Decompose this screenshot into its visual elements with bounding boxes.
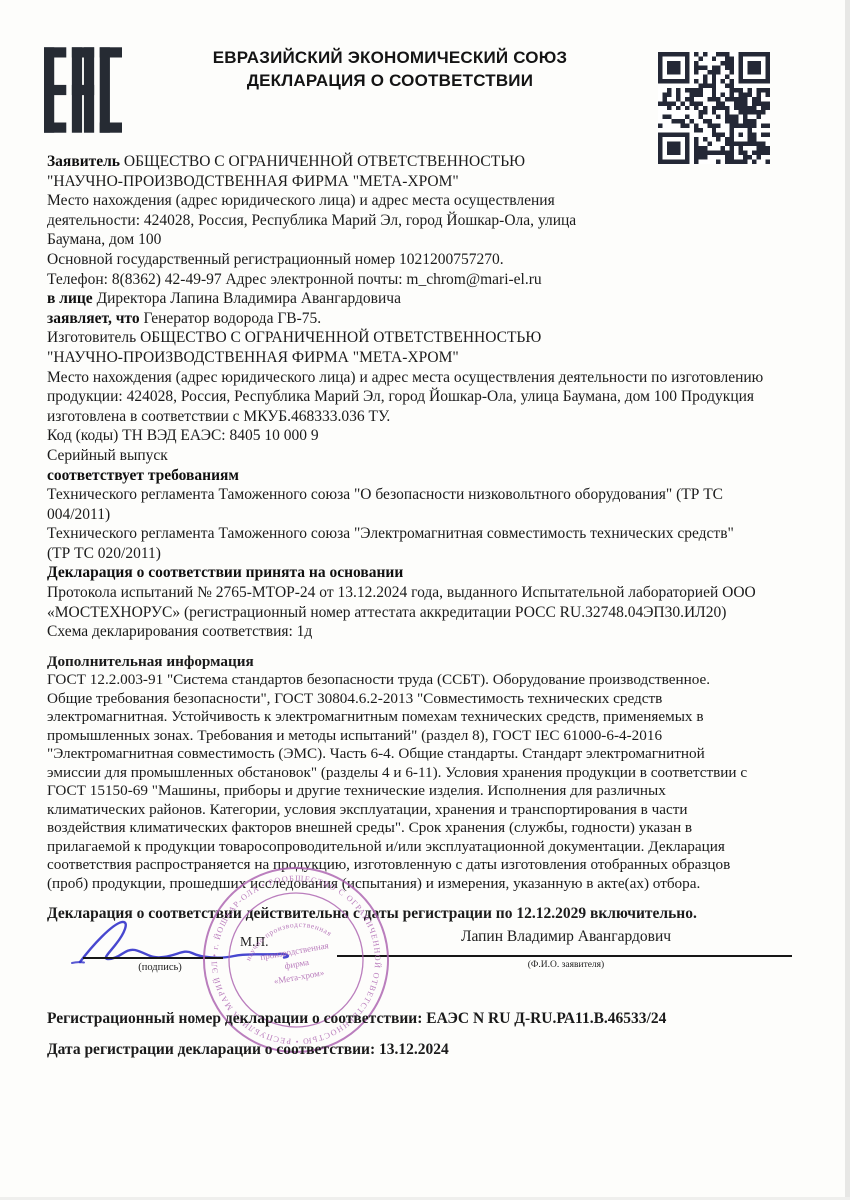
registration-date-line: Дата регистрации декларации о соответств… (47, 1041, 449, 1059)
document-text-line: электромагнитная. Устойчивость к электро… (47, 708, 832, 727)
document-text-line: Протокола испытаний № 2765-МТОР-24 от 13… (47, 583, 822, 603)
document-text-line: продукции: 424028, Россия, Республика Ма… (47, 387, 822, 407)
document-text-line: "Электромагнитная совместимость (ЭМС). Ч… (47, 745, 832, 764)
document-text-line: Код (коды) ТН ВЭД ЕАЭС: 8405 10 000 9 (47, 426, 822, 446)
document-text-line: промышленных зонах. Требования и методы … (47, 727, 832, 746)
additional-info-block: Дополнительная информация ГОСТ 12.2.003-… (47, 652, 832, 893)
document-text-line: Основной государственный регистрационный… (47, 250, 822, 270)
qr-code (658, 52, 770, 164)
registration-number-line: Регистрационный номер декларации о соотв… (47, 1010, 666, 1028)
document-text-line: Технического регламента Таможенного союз… (47, 524, 822, 544)
additional-info-lines: ГОСТ 12.2.003-91 "Система стандартов без… (47, 671, 832, 893)
document-text-line: эмиссии для промышленных обстановок" (ра… (47, 764, 832, 783)
document-text-line: (ТР ТС 020/2011) (47, 544, 822, 564)
fio-caption: (Ф.И.О. заявителя) (380, 960, 752, 970)
document-text-line: прилагаемой к продукции товаросопроводит… (47, 838, 832, 857)
document-text-line: воздействия климатических факторов внешн… (47, 819, 832, 838)
title-union: ЕВРАЗИЙСКИЙ ЭКОНОМИЧЕСКИЙ СОЮЗ (160, 46, 620, 69)
document-text-line: "НАУЧНО-ПРОИЗВОДСТВЕННАЯ ФИРМА "МЕТА-ХРО… (47, 348, 822, 368)
signature-rule (83, 957, 223, 959)
document-text-line: деятельности: 424028, Россия, Республика… (47, 211, 822, 231)
scan-edge (845, 0, 850, 1200)
page-title: ЕВРАЗИЙСКИЙ ЭКОНОМИЧЕСКИЙ СОЮЗ ДЕКЛАРАЦИ… (160, 46, 620, 92)
document-text-line: заявляет, что Генератор водорода ГВ-75. (47, 309, 822, 329)
document-text-line: Схема декларирования соответствия: 1д (47, 622, 822, 642)
document-text-line: Телефон: 8(8362) 42-49-97 Адрес электрон… (47, 270, 822, 290)
document-text-line: ГОСТ 12.2.003-91 "Система стандартов без… (47, 671, 832, 690)
document-text-line: Технического регламента Таможенного союз… (47, 485, 822, 505)
document-text-line: климатических районов. Категории, услови… (47, 801, 832, 820)
applicant-name: Лапин Владимир Авангардович (380, 928, 752, 946)
document-text-line: Заявитель ОБЩЕСТВО С ОГРАНИЧЕННОЙ ОТВЕТС… (47, 152, 822, 172)
document-text-line: Общие требования безопасности", ГОСТ 308… (47, 690, 832, 709)
additional-info-heading: Дополнительная информация (47, 652, 832, 671)
document-text-line: соответствует требованиям (47, 466, 822, 486)
main-text-block: Заявитель ОБЩЕСТВО С ОГРАНИЧЕННОЙ ОТВЕТС… (47, 152, 822, 642)
document-text-line: "НАУЧНО-ПРОИЗВОДСТВЕННАЯ ФИРМА "МЕТА-ХРО… (47, 172, 822, 192)
declaration-document-page: ЕВРАЗИЙСКИЙ ЭКОНОМИЧЕСКИЙ СОЮЗ ДЕКЛАРАЦИ… (0, 0, 850, 1200)
document-text-line: Место нахождения (адрес юридического лиц… (47, 368, 822, 388)
signature-caption: (подпись) (100, 962, 220, 973)
fio-rule (337, 955, 792, 957)
document-text-line: в лице Директора Лапина Владимира Аванга… (47, 289, 822, 309)
document-text-line: Изготовитель ОБЩЕСТВО С ОГРАНИЧЕННОЙ ОТВ… (47, 328, 822, 348)
document-text-line: ГОСТ 15150-69 "Машины, приборы и другие … (47, 782, 832, 801)
document-text-line: Баумана, дом 100 (47, 230, 822, 250)
document-text-line: «МОСТЕХНОРУС» (регистрационный номер атт… (47, 603, 822, 623)
mp-seal-label: М.П. (240, 934, 269, 950)
document-text-line: Серийный выпуск (47, 446, 822, 466)
document-text-line: соответствия распространяется на продукц… (47, 856, 832, 875)
document-text-line: Место нахождения (адрес юридического лиц… (47, 191, 822, 211)
title-declaration: ДЕКЛАРАЦИЯ О СООТВЕТСТВИИ (160, 69, 620, 92)
document-text-line: изготовлена в соответствии с МКУБ.468333… (47, 407, 822, 427)
eac-mark-logo (44, 44, 122, 136)
document-text-line: (проб) продукции, прошедших исследования… (47, 875, 832, 894)
document-text-line: 004/2011) (47, 505, 822, 525)
document-text-line: Декларация о соответствии принята на осн… (47, 563, 822, 583)
